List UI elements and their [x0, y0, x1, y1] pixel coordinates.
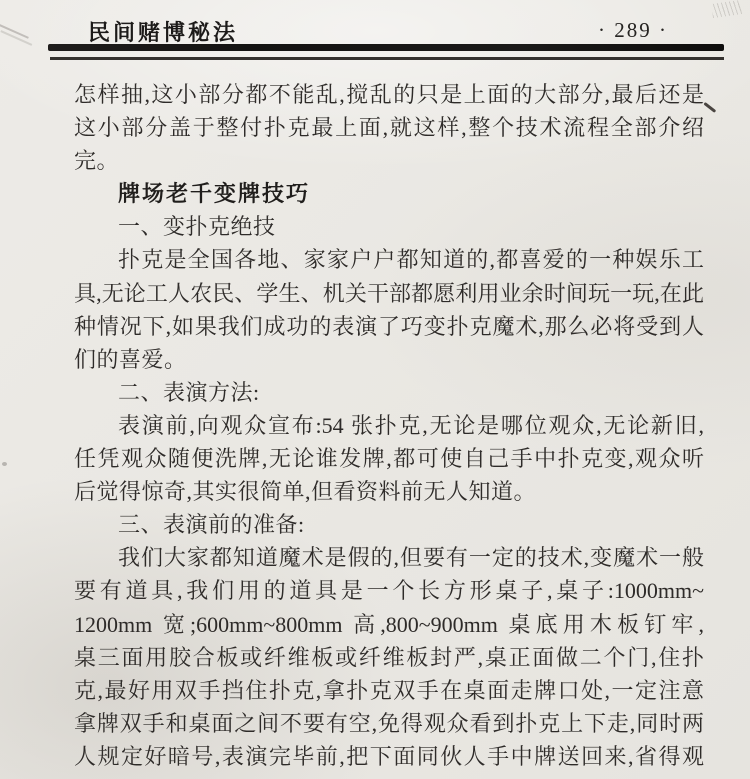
section-heading: 牌场老千变牌技巧	[74, 177, 704, 210]
text-line: 我们大家都知道魔术是假的,但要有一定的技术,变魔术一般	[74, 541, 704, 574]
scan-artifact	[2, 462, 7, 466]
header-rule-thick	[48, 44, 724, 51]
text-line: 表演前,向观众宣布:54 张扑克,无论是哪位观众,无论新旧,	[74, 409, 704, 442]
book-title: 民间赌博秘法	[88, 16, 238, 47]
scan-artifact	[711, 0, 743, 18]
text-line: 具,无论工人农民、学生、机关干部都愿利用业余时间玩一玩,在此	[74, 277, 704, 310]
text-line: 克,最好用双手挡住扑克,拿扑克双手在桌面走牌口处,一定注意	[74, 674, 704, 707]
text-line: 桌三面用胶合板或纤维板或纤维板封严,桌正面做二个门,住扑	[74, 641, 704, 674]
text-line: 1200mm 宽;600mm~800mm 高,800~900mm 桌底用木板钉牢…	[74, 608, 704, 641]
text-line: 这小部分盖于整付扑克最上面,就这样,整个技术流程全部介绍	[74, 111, 704, 144]
text-line: 拿牌双手和桌面之间不要有空,免得观众看到扑克上下走,同时两	[74, 707, 704, 740]
subheading: 二、表演方法:	[74, 376, 704, 409]
text-line: 们的喜爱。	[74, 343, 704, 376]
page-number: · 289 ·	[598, 18, 668, 43]
text-line: 完。	[74, 144, 704, 177]
scan-artifact	[0, 23, 29, 38]
scan-artifact	[704, 102, 717, 113]
text-line: 扑克是全国各地、家家户户都知道的,都喜爱的一种娱乐工	[74, 243, 704, 276]
scanned-book-page: 民间赌博秘法 · 289 · 怎样抽,这小部分都不能乱,搅乱的只是上面的大部分,…	[0, 0, 750, 779]
text-line: 种情况下,如果我们成功的表演了巧变扑克魔术,那么必将受到人	[74, 310, 704, 343]
text-line: 要有道具,我们用的道具是一个长方形桌子,桌子:1000mm~	[74, 574, 704, 607]
text-line: 怎样抽,这小部分都不能乱,搅乱的只是上面的大部分,最后还是	[74, 78, 704, 111]
text-line: 人规定好暗号,表演完毕前,把下面同伙人手中牌送回来,省得观	[74, 740, 704, 773]
text-line: 任凭观众随便洗牌,无论谁发牌,都可使自己手中扑克变,观众听	[74, 442, 704, 475]
text-line: 后觉得惊奇,其实很简单,但看资料前无人知道。	[74, 475, 704, 508]
subheading: 三、表演前的准备:	[74, 508, 704, 541]
body-text: 怎样抽,这小部分都不能乱,搅乱的只是上面的大部分,最后还是 这小部分盖于整付扑克…	[74, 78, 704, 773]
header-rule-thin	[50, 57, 724, 60]
subheading: 一、变扑克绝技	[74, 210, 704, 243]
